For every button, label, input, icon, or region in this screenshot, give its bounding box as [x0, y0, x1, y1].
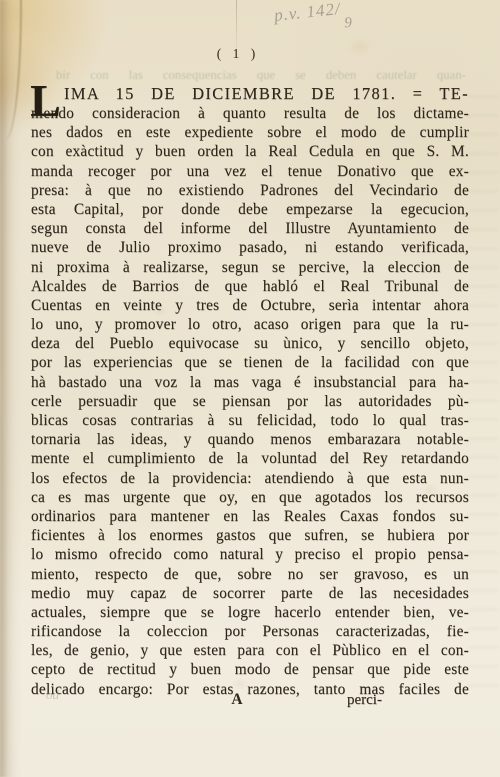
handwritten-annotation-bottom: po: [46, 689, 59, 705]
text-line: cepto de rectitud y buen modo de pensar …: [31, 660, 469, 679]
text-line: deza del Pueblo equivocase su ùnico, y s…: [31, 334, 469, 353]
text-line: ca es mas urgente que oy, en que agotado…: [31, 488, 469, 507]
text-line: esta Capital, por donde debe empezarse l…: [31, 200, 469, 219]
text-line: con exàctitud y buen orden la Real Cedul…: [31, 142, 469, 161]
text-line: tornaria las ideas, y quando menos embar…: [31, 430, 469, 449]
text-line: Cuentas en veinte y tres de Octubre, ser…: [31, 296, 469, 315]
ink-bleedthrough-margin: [468, 95, 498, 697]
signature-mark: A: [0, 691, 474, 709]
document-text-block: L IMA 15 DE DICIEMBRE DE 1781. = TE- nie…: [31, 84, 469, 699]
drop-cap-initial: L: [31, 84, 61, 124]
text-line: mente el cumplimiento de la voluntad del…: [31, 449, 469, 468]
annotation-text: p.v. 142/: [273, 0, 341, 25]
text-line: cerle persuadir que se piensan por las a…: [31, 392, 469, 411]
text-line: blicas cosas contrarias à su felicidad, …: [31, 411, 469, 430]
text-line: miento, respecto de que, sobre no ser gr…: [31, 565, 469, 584]
text-line: ordinarios para mantener en las Reales C…: [31, 507, 469, 526]
text-line: medio muy capaz de socorrer parte de las…: [31, 584, 469, 603]
ink-bleedthrough-text: bir con las consequencias que se deben c…: [56, 68, 467, 83]
annotation-sub-number: 9: [344, 15, 353, 32]
text-line: Alcaldes de Barrios de que habló el Real…: [31, 277, 469, 296]
text-line: manda recoger por una vez el tenue Donat…: [31, 162, 469, 181]
text-line: hà bastado una voz la mas vaga é insubst…: [31, 373, 469, 392]
text-line: ficientes à los enormes gastos que sufre…: [31, 526, 469, 545]
text-line: segun consta del informe del Illustre Ay…: [31, 219, 469, 238]
text-line: lo uno, y promover lo otro, acaso origen…: [31, 315, 469, 334]
heading-line: IMA 15 DE DICIEMBRE DE 1781. = TE-: [31, 84, 469, 104]
scanned-page: p.v. 142/9 bir con las consequencias que…: [0, 0, 500, 777]
text-line: lo mismo ofrecido como natural y preciso…: [31, 545, 469, 564]
text-line: ni proxima à realizarse, segun se perciv…: [31, 258, 469, 277]
catchword: perci-: [347, 692, 382, 709]
page-edge-curve: [0, 0, 22, 140]
text-line: nueve de Julio proximo pasado, ni estand…: [31, 238, 469, 257]
text-line: presa: à que no existiendo Padrones del …: [31, 181, 469, 200]
text-line: niendo consideracion à quanto resulta de…: [31, 104, 469, 123]
handwritten-annotation-top: p.v. 142/9: [273, 0, 350, 26]
body-lines: niendo consideracion à quanto resulta de…: [31, 104, 469, 699]
text-line: nes dados en este expediente sobre el mo…: [31, 123, 469, 142]
text-line: rificandose la coleccion por Personas ca…: [31, 622, 469, 641]
text-line: actuales, siempre que se logre hacerlo e…: [31, 603, 469, 622]
text-line: por las experiencias que se tienen de la…: [31, 353, 469, 372]
text-line: les, de genio, y que esten para con el P…: [31, 641, 469, 660]
text-line: los efectos de la providencia: atendiend…: [31, 469, 469, 488]
page-number: ( 1 ): [0, 46, 476, 62]
